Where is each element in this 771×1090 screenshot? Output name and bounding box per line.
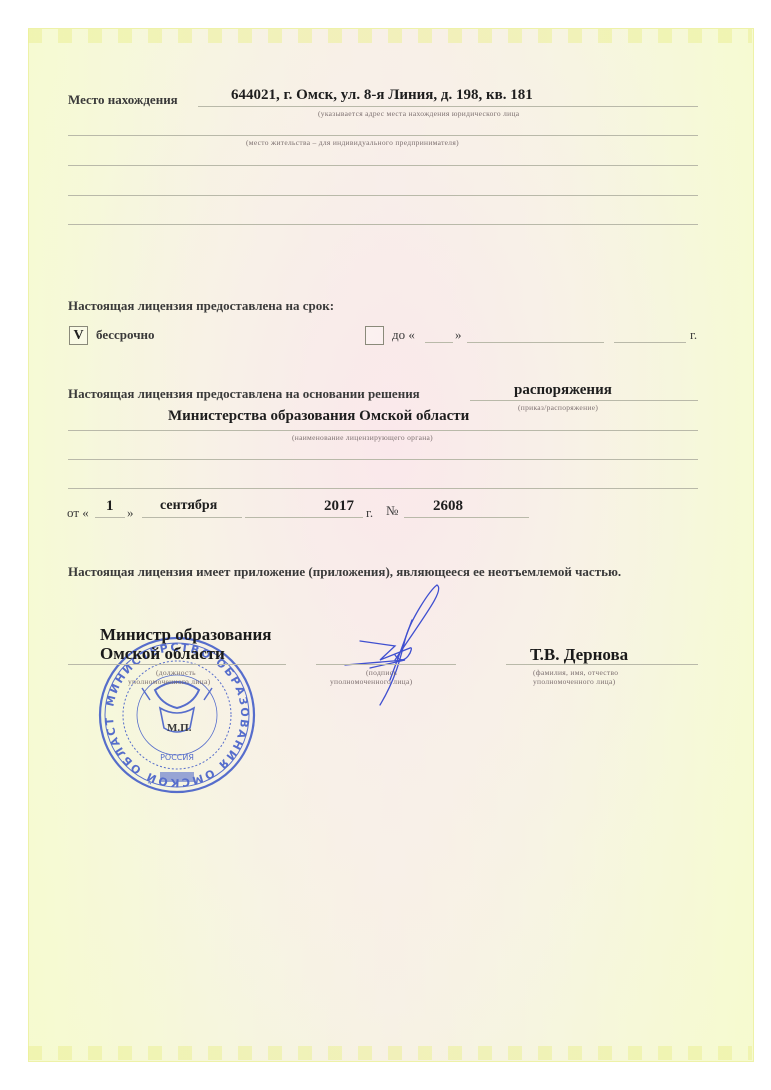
stamp-and-signature: МИНИСТЕРСТВО ОБРАЗОВАНИЯ ОМСКОЙ ОБЛАСТИ … xyxy=(0,0,771,1090)
stamp-outer-text: МИНИСТЕРСТВО ОБРАЗОВАНИЯ ОМСКОЙ ОБЛАСТИ xyxy=(0,0,251,789)
svg-text:РОССИЯ: РОССИЯ xyxy=(160,753,194,762)
signature-line xyxy=(316,664,456,665)
name-line xyxy=(506,664,698,665)
signatory-position-line1: Министр образования xyxy=(100,625,271,644)
name-hint-1: (фамилия, имя, отчество xyxy=(533,668,618,677)
position-line xyxy=(68,664,286,665)
position-hint-2: уполномоченного лица) xyxy=(128,677,210,686)
position-hint-1: (должность xyxy=(156,668,196,677)
official-stamp-icon: МИНИСТЕРСТВО ОБРАЗОВАНИЯ ОМСКОЙ ОБЛАСТИ … xyxy=(0,0,254,792)
name-hint-2: уполномоченного лица) xyxy=(533,677,615,686)
signatory-position-line2: Омской области xyxy=(100,644,225,663)
signatory-name: Т.В. Дернова xyxy=(530,645,628,664)
stamp-place-label: М.П. xyxy=(167,722,191,734)
signature-icon xyxy=(345,585,439,705)
signature-hint-1: (подпись xyxy=(366,668,397,677)
svg-text:МИНИСТЕРСТВО ОБРАЗОВАНИЯ ОМСКО: МИНИСТЕРСТВО ОБРАЗОВАНИЯ ОМСКОЙ ОБЛАСТИ xyxy=(0,0,251,789)
signature-hint-2: уполномоченного лица) xyxy=(330,677,412,686)
